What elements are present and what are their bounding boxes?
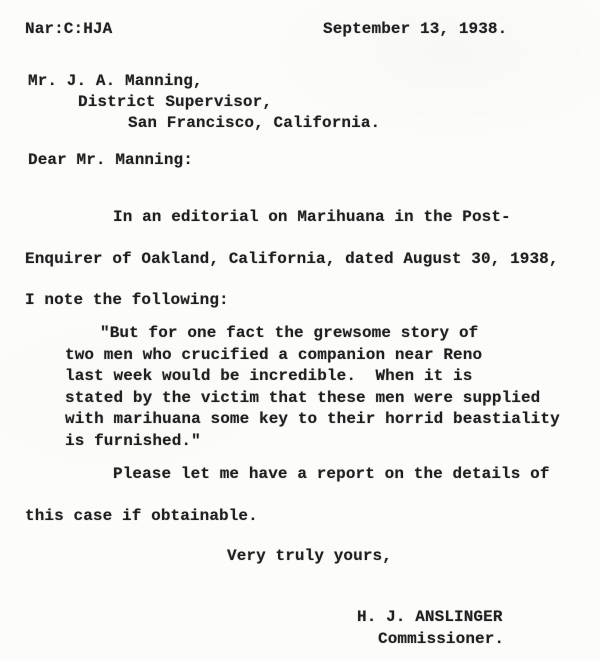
recipient-title: District Supervisor,	[78, 92, 272, 112]
quote-line1: "But for one fact the grewsome story of	[100, 323, 478, 343]
quote-line2: two men who crucified a companion near R…	[65, 345, 482, 365]
body-paragraph2-line2: this case if obtainable.	[25, 506, 258, 526]
quote-line4: stated by the victim that these men were…	[65, 388, 540, 408]
letter-date: September 13, 1938.	[323, 19, 507, 39]
body-paragraph1-line2: Enquirer of Oakland, California, dated A…	[25, 249, 559, 269]
body-paragraph1-line1: In an editorial on Marihuana in the Post…	[113, 207, 511, 227]
quote-line3: last week would be incredible. When it i…	[65, 366, 472, 386]
reference-code: Nar:C:HJA	[25, 19, 112, 39]
recipient-name: Mr. J. A. Manning,	[28, 71, 203, 91]
signature-title: Commissioner.	[378, 629, 504, 649]
quote-line6: is furnished."	[65, 431, 201, 451]
closing-phrase: Very truly yours,	[227, 546, 392, 566]
letter-document: Nar:C:HJA September 13, 1938. Mr. J. A. …	[0, 0, 600, 660]
salutation: Dear Mr. Manning:	[28, 150, 193, 170]
body-paragraph1-line3: I note the following:	[25, 290, 229, 310]
signature-name: H. J. ANSLINGER	[357, 607, 503, 627]
recipient-location: San Francisco, California.	[128, 113, 380, 133]
body-paragraph2-line1: Please let me have a report on the detai…	[113, 464, 550, 484]
quote-line5: with marihuana some key to their horrid …	[65, 409, 560, 429]
